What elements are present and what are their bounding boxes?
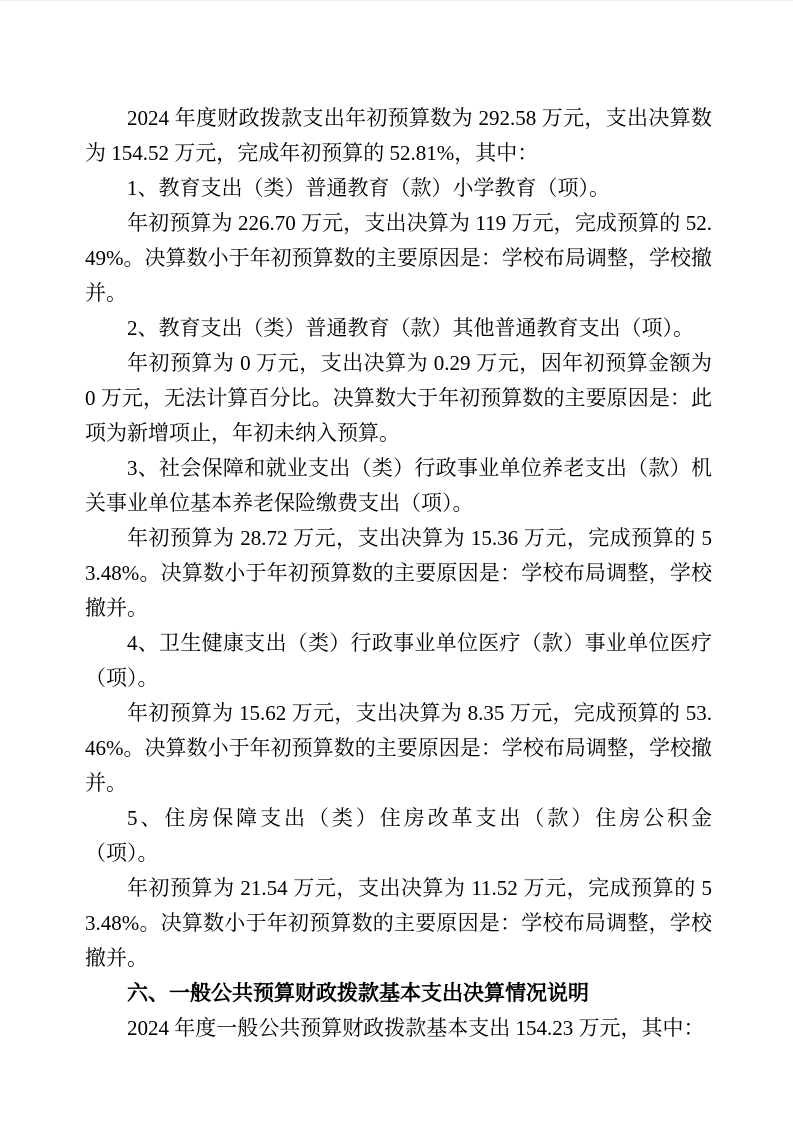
paragraph-item-4-title: 4、卫生健康支出（类）行政事业单位医疗（款）事业单位医疗（项）。: [85, 626, 712, 696]
paragraph-item-3-title: 3、社会保障和就业支出（类）行政事业单位养老支出（款）机关事业单位基本养老保险缴…: [85, 451, 712, 521]
paragraph-item-1-title: 1、教育支出（类）普通教育（款）小学教育（项）。: [85, 171, 712, 206]
document-page: 2024 年度财政拨款支出年初预算数为 292.58 万元，支出决算数为 154…: [0, 0, 793, 1122]
paragraph-item-2-title: 2、教育支出（类）普通教育（款）其他普通教育支出（项）。: [85, 311, 712, 346]
paragraph-item-2-detail: 年初预算为 0 万元，支出决算为 0.29 万元，因年初预算金额为 0 万元，无…: [85, 346, 712, 451]
paragraph-item-1-detail: 年初预算为 226.70 万元，支出决算为 119 万元，完成预算的 52.49…: [85, 206, 712, 311]
paragraph-item-5-title: 5、住房保障支出（类）住房改革支出（款）住房公积金（项）。: [85, 801, 712, 871]
paragraph-item-5-detail: 年初预算为 21.54 万元，支出决算为 11.52 万元，完成预算的 53.4…: [85, 871, 712, 976]
paragraph-basic-expenditure-summary: 2024 年度一般公共预算财政拨款基本支出 154.23 万元，其中：: [85, 1011, 712, 1046]
paragraph-item-3-detail: 年初预算为 28.72 万元，支出决算为 15.36 万元，完成预算的 53.4…: [85, 521, 712, 626]
paragraph-item-4-detail: 年初预算为 15.62 万元，支出决算为 8.35 万元，完成预算的 53.46…: [85, 696, 712, 801]
document-body: 2024 年度财政拨款支出年初预算数为 292.58 万元，支出决算数为 154…: [85, 101, 712, 1046]
section-heading-six: 六、一般公共预算财政拨款基本支出决算情况说明: [85, 976, 712, 1011]
paragraph-expenditure-summary: 2024 年度财政拨款支出年初预算数为 292.58 万元，支出决算数为 154…: [85, 101, 712, 171]
